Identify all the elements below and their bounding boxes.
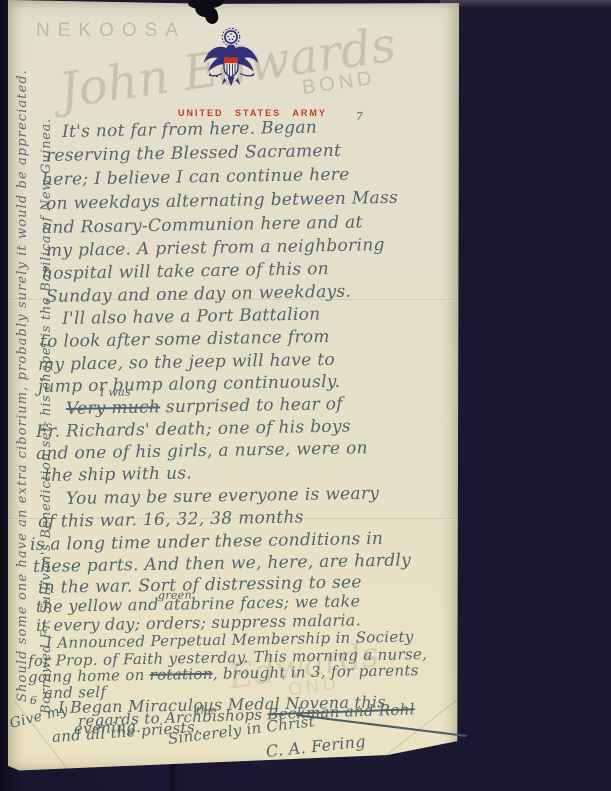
letter-annotation: 7 <box>356 110 364 123</box>
letter-line: C. A. Fering <box>265 732 367 761</box>
letter-annotation: 6 <box>30 694 38 707</box>
letter-line: It's not far from here. Began <box>62 118 317 142</box>
letter-line: Fr. Richards' death; one of his boys <box>36 417 351 442</box>
handwriting-layer: 7It's not far from here. Beganreserving … <box>0 0 611 791</box>
letter-line: my place. A priest from a neighboring <box>46 235 385 261</box>
letter-line: jump or bump along continuously. <box>38 372 341 397</box>
letter-line: of this war. 16, 32, 38 months <box>38 507 304 532</box>
letter-line: my place, so the jeep will have to <box>38 350 335 375</box>
letter-line: You may be sure everyone is weary <box>66 484 380 509</box>
letter-line: and Rosary-Communion here and at <box>42 212 363 238</box>
scanned-letter-photo: NEKOOSA John Edwards BOND Edwards OND <box>0 0 611 791</box>
letter-line: the ship with us. <box>44 463 192 486</box>
letter-line: Very much surprised to hear of <box>66 394 343 419</box>
letter-line: and one of his girls, a nurse, were on <box>36 438 368 464</box>
letter-line: Sunday and one day on weekdays. <box>46 282 352 307</box>
letter-line: here; I believe I can continue here <box>42 165 350 190</box>
letter-line: I'll also have a Port Battalion <box>62 304 321 329</box>
letter-line: to look after some distance from <box>40 327 330 352</box>
letter-line: on weekdays alternating between Mass <box>46 188 398 214</box>
letter-line: reserving the Blessed Sacrament <box>46 141 342 166</box>
letter-line: hospital will take care of this on <box>42 259 329 284</box>
